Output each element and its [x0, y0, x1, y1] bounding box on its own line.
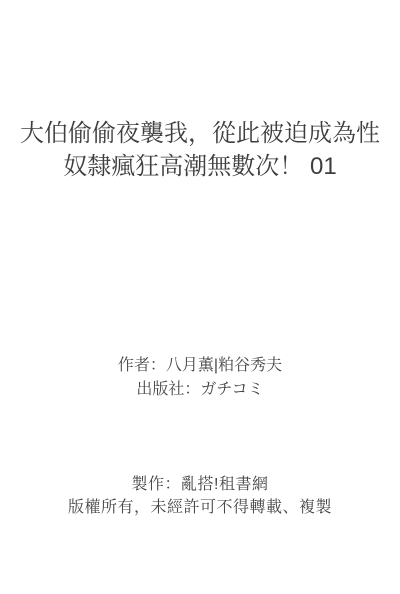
book-title-line-2: 奴隸瘋狂高潮無數次！ 01 — [0, 150, 400, 183]
author-line: 作者：八月薫|粕谷秀夫 — [0, 354, 400, 378]
footer-section: 製作：亂搭!租書網 版權所有，未經許可不得轉載、複製 — [0, 473, 400, 519]
credits-page: 大伯偷偷夜襲我，從此被迫成為性 奴隸瘋狂高潮無數次！ 01 作者：八月薫|粕谷秀… — [0, 0, 400, 594]
publisher-line: 出版社：ガチコミ — [0, 378, 400, 402]
book-title-line-1: 大伯偷偷夜襲我，從此被迫成為性 — [0, 117, 400, 150]
copyright-line: 版權所有，未經許可不得轉載、複製 — [0, 496, 400, 519]
production-line: 製作：亂搭!租書網 — [0, 473, 400, 496]
book-title: 大伯偷偷夜襲我，從此被迫成為性 奴隸瘋狂高潮無數次！ 01 — [0, 117, 400, 183]
credits-section: 作者：八月薫|粕谷秀夫 出版社：ガチコミ — [0, 354, 400, 402]
